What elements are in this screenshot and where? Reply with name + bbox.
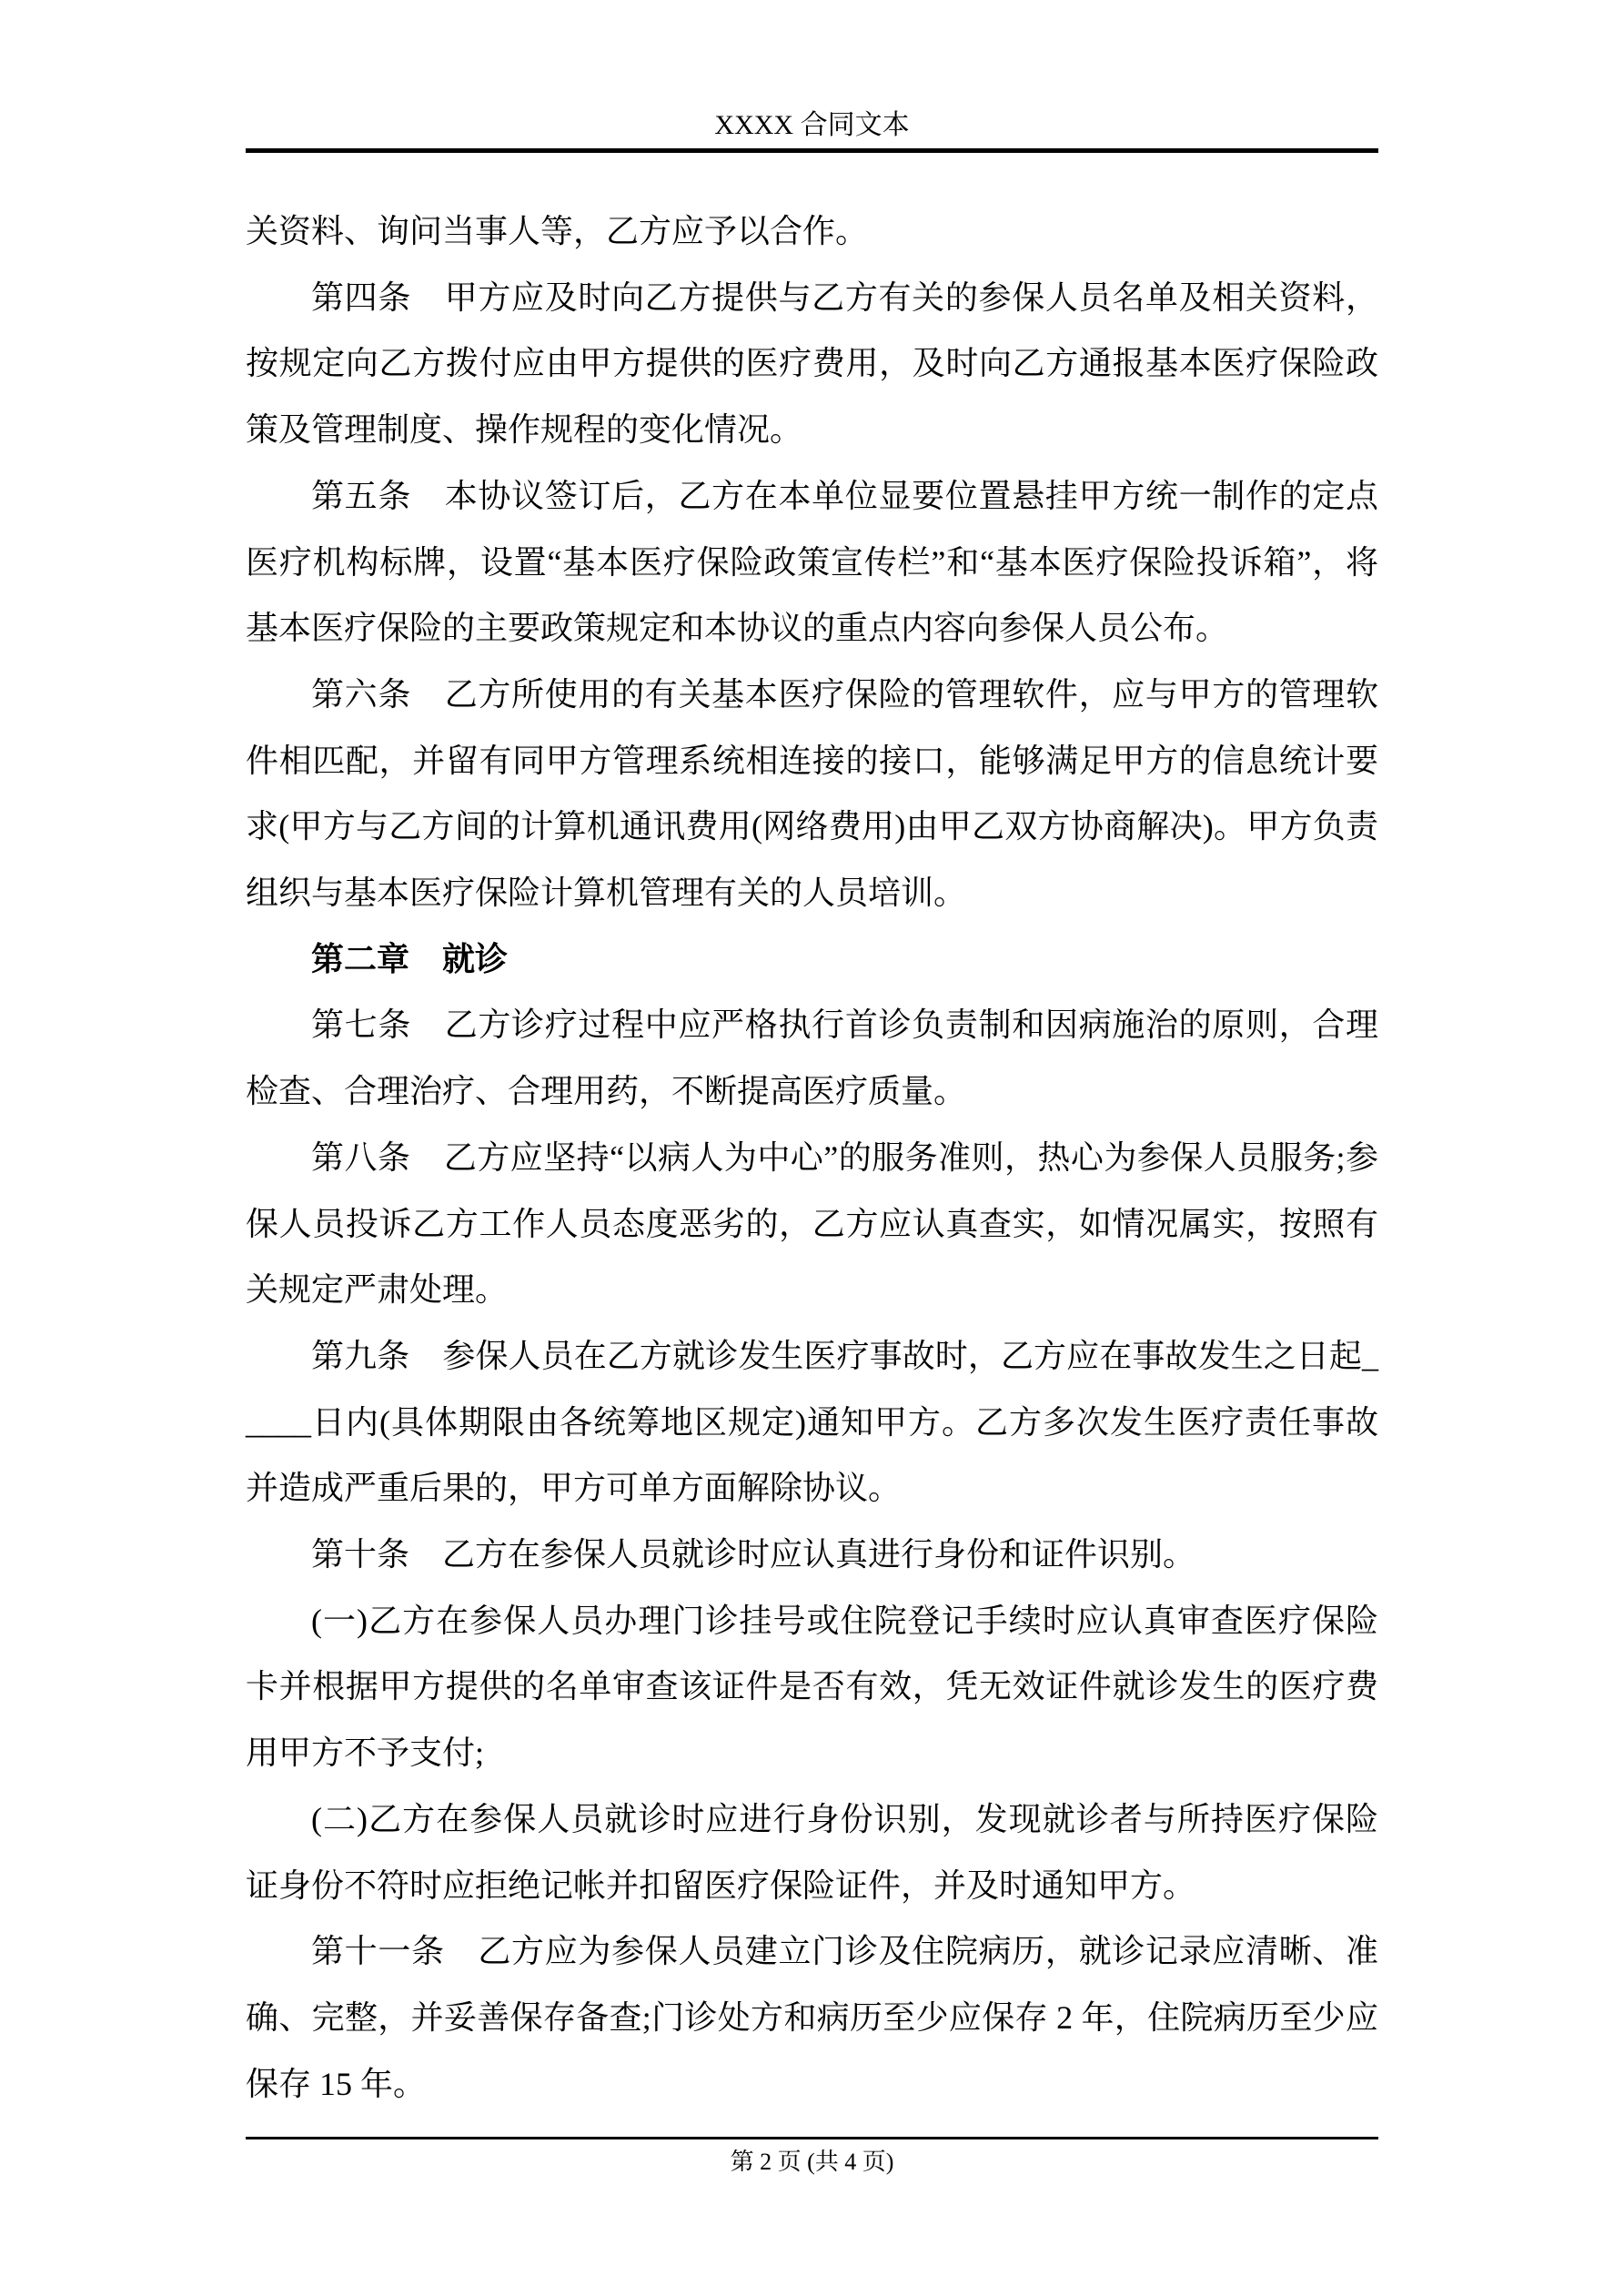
header-rule — [246, 148, 1378, 153]
document-page: XXXX 合同文本 关资料、询问当事人等，乙方应予以合作。第四条 甲方应及时向乙… — [0, 0, 1624, 2296]
article-4: 第四条 甲方应及时向乙方提供与乙方有关的参保人员名单及相关资料，按规定向乙方拨付… — [246, 265, 1378, 463]
article-10: 第十条 乙方在参保人员就诊时应认真进行身份和证件识别。 — [246, 1522, 1378, 1588]
article-11: 第十一条 乙方应为参保人员建立门诊及住院病历，就诊记录应清晰、准确、完整，并妥善… — [246, 1918, 1378, 2117]
page-number: 第 2 页 (共 4 页) — [246, 2146, 1378, 2179]
continued-paragraph: 关资料、询问当事人等，乙方应予以合作。 — [246, 198, 1378, 265]
article-6: 第六条 乙方所使用的有关基本医疗保险的管理软件，应与甲方的管理软件相匹配，并留有… — [246, 662, 1378, 926]
footer-rule — [246, 2137, 1378, 2139]
article-9: 第九条 参保人员在乙方就诊发生医疗事故时，乙方应在事故发生之日起_____日内(… — [246, 1323, 1378, 1522]
article-10-item-2: (二)乙方在参保人员就诊时应进行身份识别，发现就诊者与所持医疗保险证身份不符时应… — [246, 1786, 1378, 1918]
article-7: 第七条 乙方诊疗过程中应严格执行首诊负责制和因病施治的原则，合理检查、合理治疗、… — [246, 992, 1378, 1124]
document-body: 关资料、询问当事人等，乙方应予以合作。第四条 甲方应及时向乙方提供与乙方有关的参… — [246, 198, 1378, 2117]
header-title: XXXX 合同文本 — [246, 107, 1378, 144]
article-8: 第八条 乙方应坚持“以病人为中心”的服务准则，热心为参保人员服务;参保人员投诉乙… — [246, 1125, 1378, 1323]
article-10-item-1: (一)乙方在参保人员办理门诊挂号或住院登记手续时应认真审查医疗保险卡并根据甲方提… — [246, 1588, 1378, 1786]
article-5: 第五条 本协议签订后，乙方在本单位显要位置悬挂甲方统一制作的定点医疗机构标牌，设… — [246, 463, 1378, 662]
chapter-2-heading: 第二章 就诊 — [246, 926, 1378, 993]
